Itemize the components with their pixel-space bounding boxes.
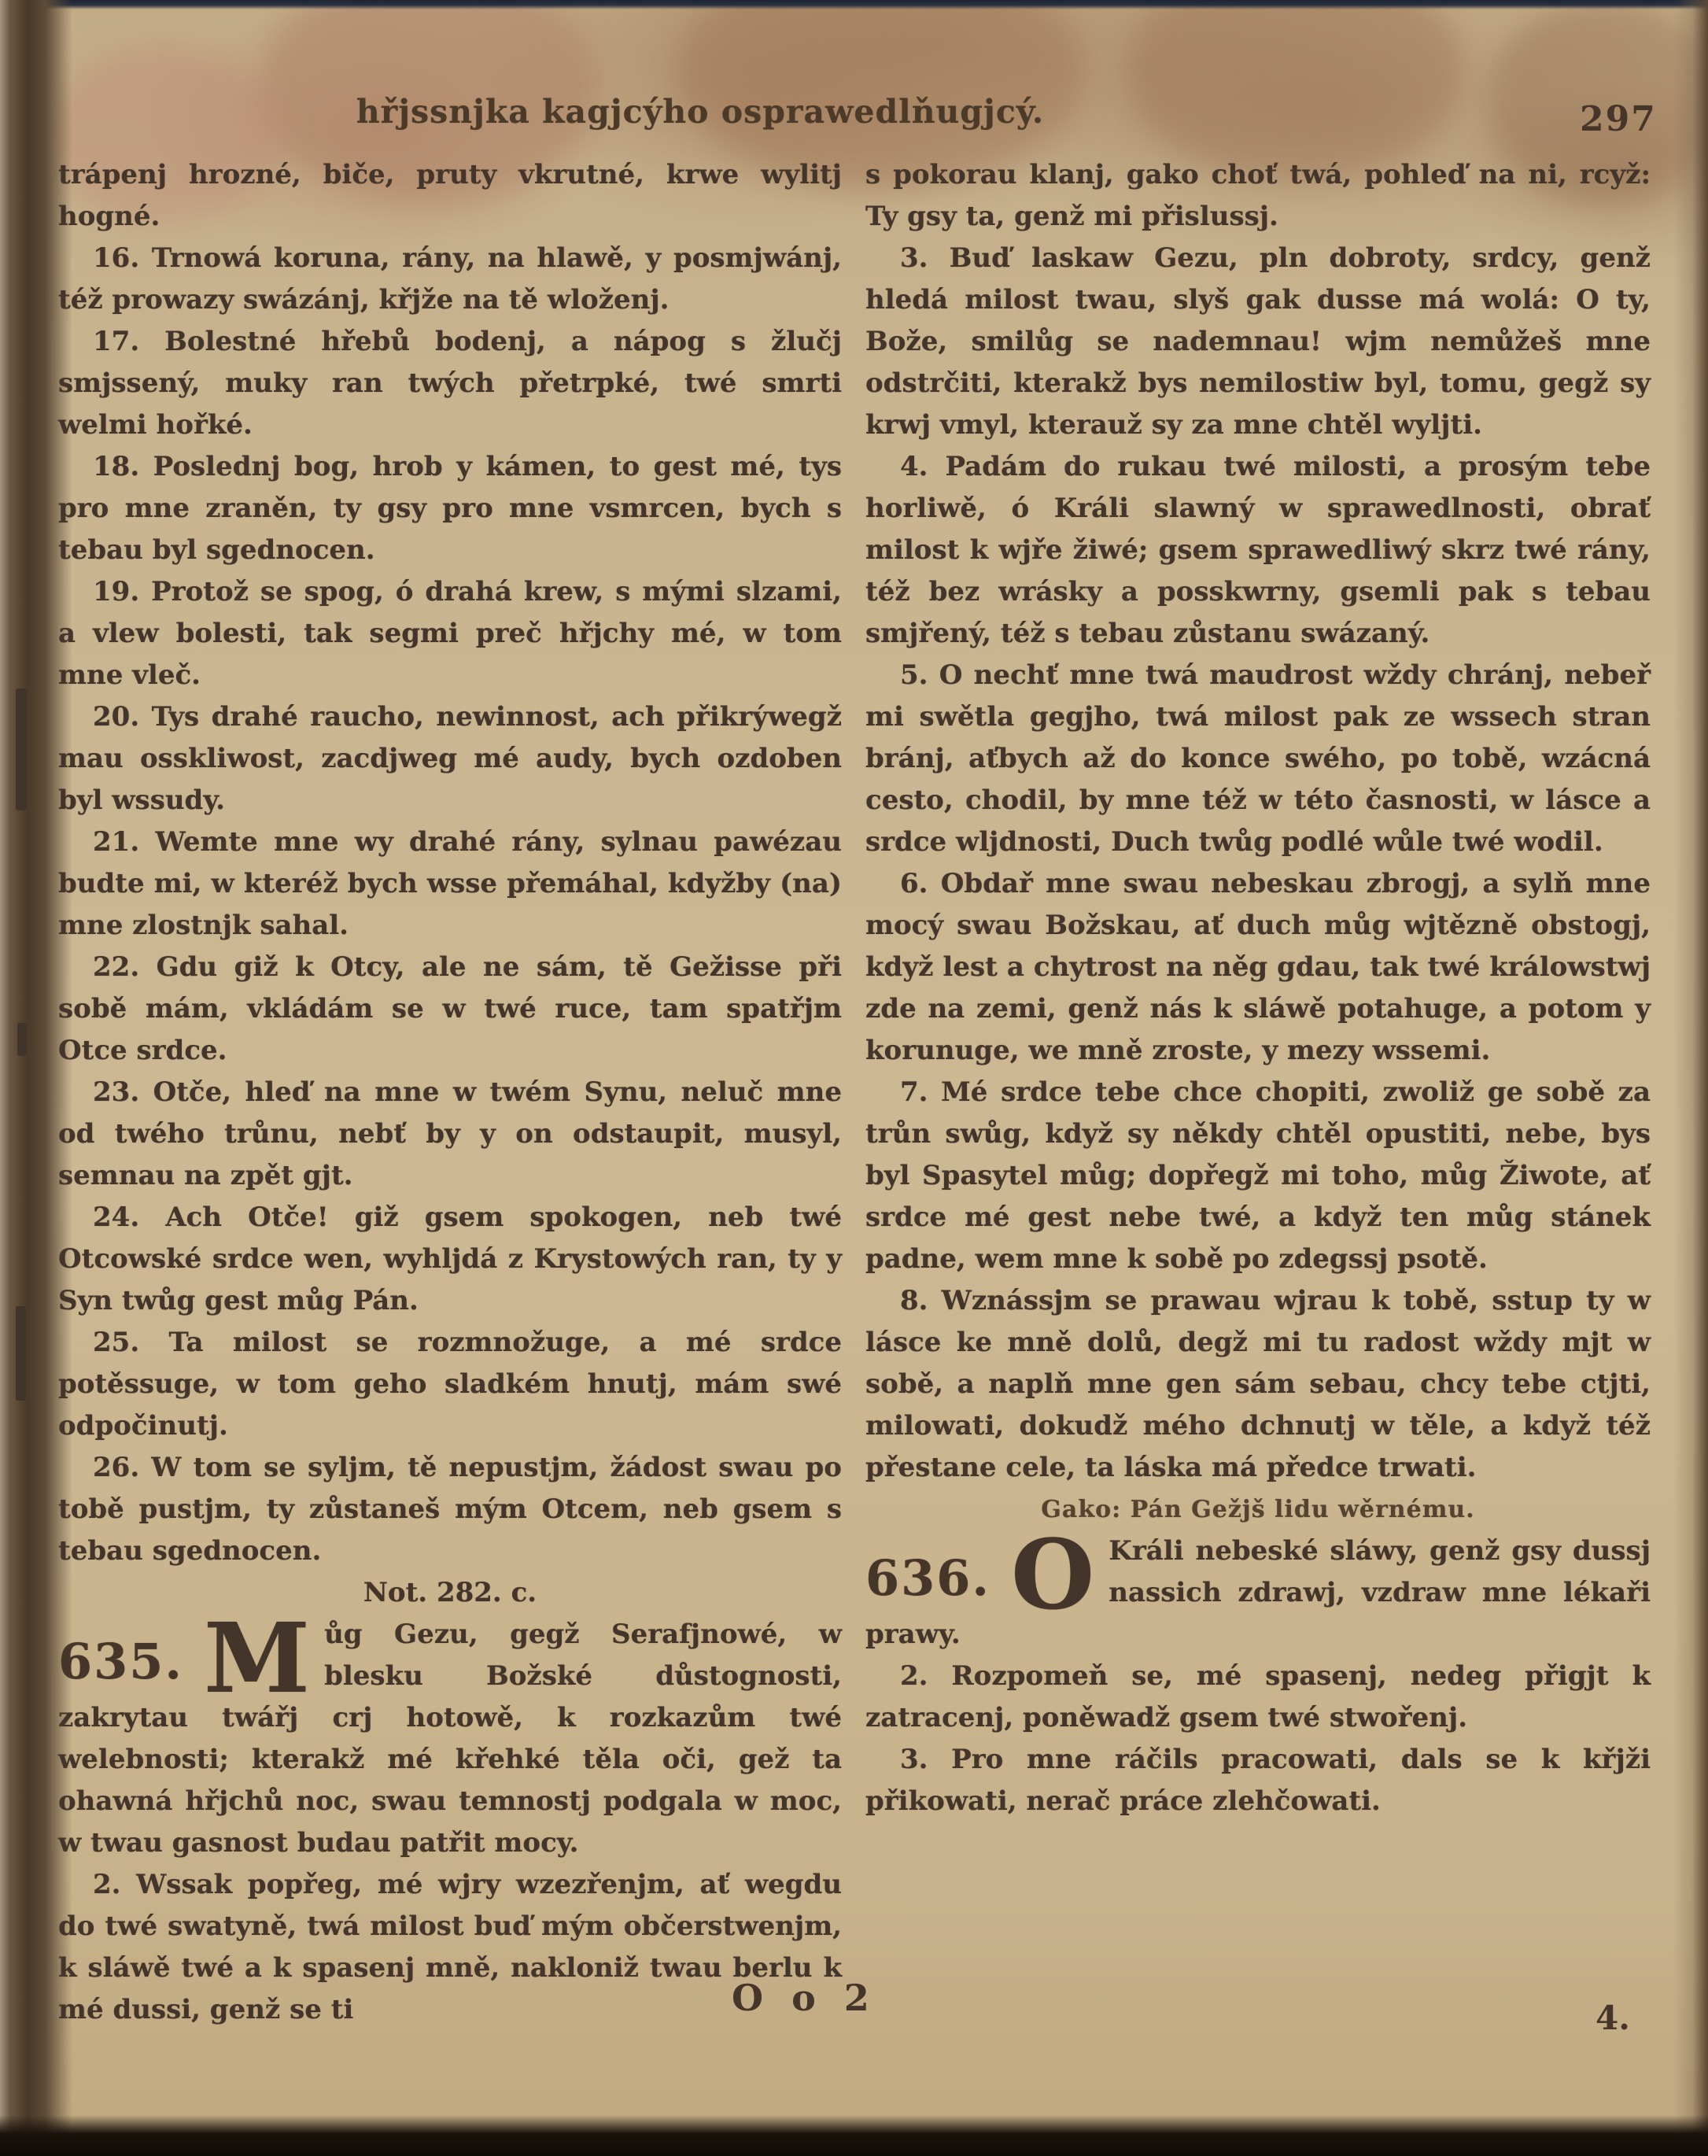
paragraph: 18. Poslednj bog, hrob y kámen, to gest … [58, 446, 842, 571]
margin-ink-mark [16, 1306, 26, 1401]
page-edge-bottom [0, 2115, 1708, 2156]
paragraph: 21. Wemte mne wy drahé rány, sylnau pawé… [58, 821, 842, 947]
right-column: s pokorau klanj, gako choť twá, pohleď n… [865, 154, 1651, 1822]
hymn-636: 636. O Králi nebeské sláwy, genž gsy dus… [865, 1530, 1651, 1656]
hymn-635: 635. M ůg Gezu, gegž Serafjnowé, w blesk… [58, 1614, 842, 1864]
paragraph: 26. W tom se syljm, tě nepustjm, žádost … [58, 1447, 842, 1572]
paragraph: 8. Wznássjm se prawau wjrau k tobě, sstu… [865, 1280, 1651, 1489]
paragraph: 25. Ta milost se rozmnožuge, a mé srdce … [58, 1322, 842, 1447]
book-page-scan: { "page": { "running_header": "hřjssnjka… [0, 0, 1708, 2156]
paragraph: 19. Protož se spog, ó drahá krew, s mými… [58, 571, 842, 696]
drop-cap-initial: M [204, 1620, 310, 1696]
paragraph: 4. Padám do rukau twé milosti, a prosým … [865, 446, 1651, 655]
paragraph: 3. Buď laskaw Gezu, pln dobroty, srdcy, … [865, 238, 1651, 446]
running-header: hřjssnjka kagjcýho osprawedlňugjcý. [197, 93, 1204, 131]
drop-cap-initial: O [1011, 1537, 1094, 1612]
paragraph: 7. Mé srdce tebe chce chopiti, zwoliž ge… [865, 1072, 1651, 1280]
paragraph: 5. O nechť mne twá maudrost wždy chránj,… [865, 655, 1651, 863]
paragraph: 24. Ach Otče! giž gsem spokogen, neb twé… [58, 1197, 842, 1322]
paragraph: 23. Otče, hleď na mne w twém Synu, neluč… [58, 1072, 842, 1197]
paragraph: s pokorau klanj, gako choť twá, pohleď n… [865, 154, 1651, 238]
hymn-number: 636. [865, 1551, 990, 1606]
paragraph: 3. Pro mne ráčils pracowati, dals se k k… [865, 1739, 1651, 1822]
tune-reference: Gako: Pán Gežjš lidu wěrnému. [865, 1489, 1651, 1530]
paragraph: 6. Obdař mne swau nebeskau zbrogj, a syl… [865, 863, 1651, 1072]
note-reference: Not. 282. c. [58, 1572, 842, 1614]
paragraph: 22. Gdu giž k Otcy, ale ne sám, tě Gežis… [58, 947, 842, 1072]
catchword: 4. [1595, 1999, 1630, 2037]
margin-ink-mark [17, 1023, 27, 1056]
paragraph: 16. Trnowá koruna, rány, na hlawě, y pos… [58, 238, 842, 321]
left-column: trápenj hrozné, biče, pruty vkrutné, krw… [58, 154, 842, 2031]
margin-ink-mark [16, 689, 27, 810]
paragraph: trápenj hrozné, biče, pruty vkrutné, krw… [58, 154, 842, 238]
paragraph: 17. Bolestné hřebů bodenj, a nápog s žlu… [58, 321, 842, 446]
paragraph: 2. Rozpomeň se, mé spasenj, nedeg přigjt… [865, 1656, 1651, 1739]
hymn-number: 635. [58, 1634, 183, 1689]
page-edge-top [0, 0, 1708, 9]
page-edge-right [1673, 0, 1708, 2156]
page-number: 297 [1580, 99, 1690, 139]
signature-mark: O o 2 [732, 1977, 877, 2019]
paragraph: 20. Tys drahé raucho, newinnost, ach při… [58, 696, 842, 821]
paragraph: 2. Wssak popřeg, mé wjry wzezřenjm, ať w… [58, 1864, 842, 2031]
